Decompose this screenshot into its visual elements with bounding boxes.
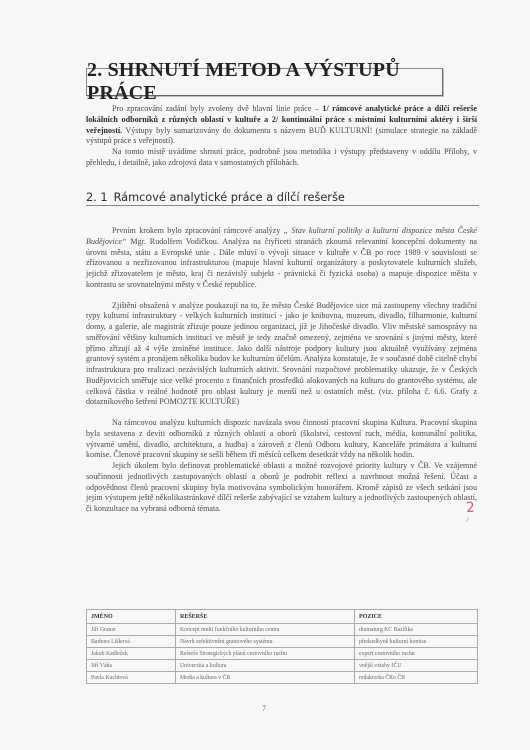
table-row: Barbora Lišková Návrh zefektivnění grant… [87, 636, 478, 648]
paragraph-analysis: Prvním krokem bylo zpracování rámcové an… [86, 226, 477, 291]
cell-name: Jakub Kadleček [87, 648, 176, 660]
table-row: Jakub Kadleček Rešerše Strategických plá… [87, 648, 478, 660]
cell-research: Koncept multi funkčního kulturního centr… [176, 624, 355, 636]
members-table: JMÉNO REŠERŠE POZICE Jiří Grauer Koncept… [86, 609, 478, 684]
chapter-title-box: 2. SHRNUTÍ METOD A VÝSTUPŮ PRÁCE [86, 68, 443, 96]
paragraph-findings: Zjištění obsažená v analýze poukazují na… [86, 301, 477, 409]
column-header-position: POZICE [355, 610, 478, 624]
page-number: 7 [262, 704, 266, 713]
column-header-name: JMÉNO [87, 610, 176, 624]
column-header-research: REŠERŠE [176, 610, 355, 624]
table-row: Jiří Grauer Koncept multi funkčního kult… [87, 624, 478, 636]
intro-paragraph-1: Pro zpracování zadání byly zvoleny dvě h… [86, 104, 477, 147]
cell-position: expert cestovního ruchu [355, 648, 478, 660]
cell-research: Media a kultura v ČB [176, 672, 355, 684]
section-title: Rámcové analytické práce a dílčí rešerše [114, 191, 345, 204]
cell-name: Barbora Lišková [87, 636, 176, 648]
paragraph-working-group: Na rámcovou analýzu kulturních dispozic … [86, 418, 477, 461]
annotation-mark [466, 517, 469, 522]
intro-paragraph-2: Na tomto místě uvádíme shrnutí práce, po… [86, 147, 477, 169]
cell-research: Návrh zefektivnění grantového systému [176, 636, 355, 648]
cell-name: Pavla Kuchtová [87, 672, 176, 684]
handwritten-annotation: 2 [465, 500, 475, 517]
paragraph-tasks: Jejich úkolem bylo definovat problematic… [86, 461, 477, 515]
section-number: 2. 1 [86, 191, 108, 204]
chapter-title: 2. SHRNUTÍ METOD A VÝSTUPŮ PRÁCE [87, 59, 442, 105]
cell-name: Jiří Váňa [87, 660, 176, 672]
section-heading: 2. 1Rámcové analytické práce a dílčí reš… [86, 191, 479, 206]
intro-text: Pro zpracování zadání byly zvoleny dvě h… [86, 104, 477, 169]
table-row: Jiří Váňa Univerzita a kultura vnější vz… [87, 660, 478, 672]
cell-research: Rešerše Strategických plánů cestovního r… [176, 648, 355, 660]
table-row: Pavla Kuchtová Media a kultura v ČB reda… [87, 672, 478, 684]
table-header-row: JMÉNO REŠERŠE POZICE [87, 610, 478, 624]
cell-research: Univerzita a kultura [176, 660, 355, 672]
cell-position: dramaturg KC Bazilika [355, 624, 478, 636]
cell-position: redaktorka ČRo ČB [355, 672, 478, 684]
document-page: 2. SHRNUTÍ METOD A VÝSTUPŮ PRÁCE Pro zpr… [0, 0, 530, 750]
cell-position: vnější vztahy JČU [355, 660, 478, 672]
cell-name: Jiří Grauer [87, 624, 176, 636]
section-text: Prvním krokem bylo zpracování rámcové an… [86, 226, 477, 515]
cell-position: předsedkyně kulturní komise [355, 636, 478, 648]
